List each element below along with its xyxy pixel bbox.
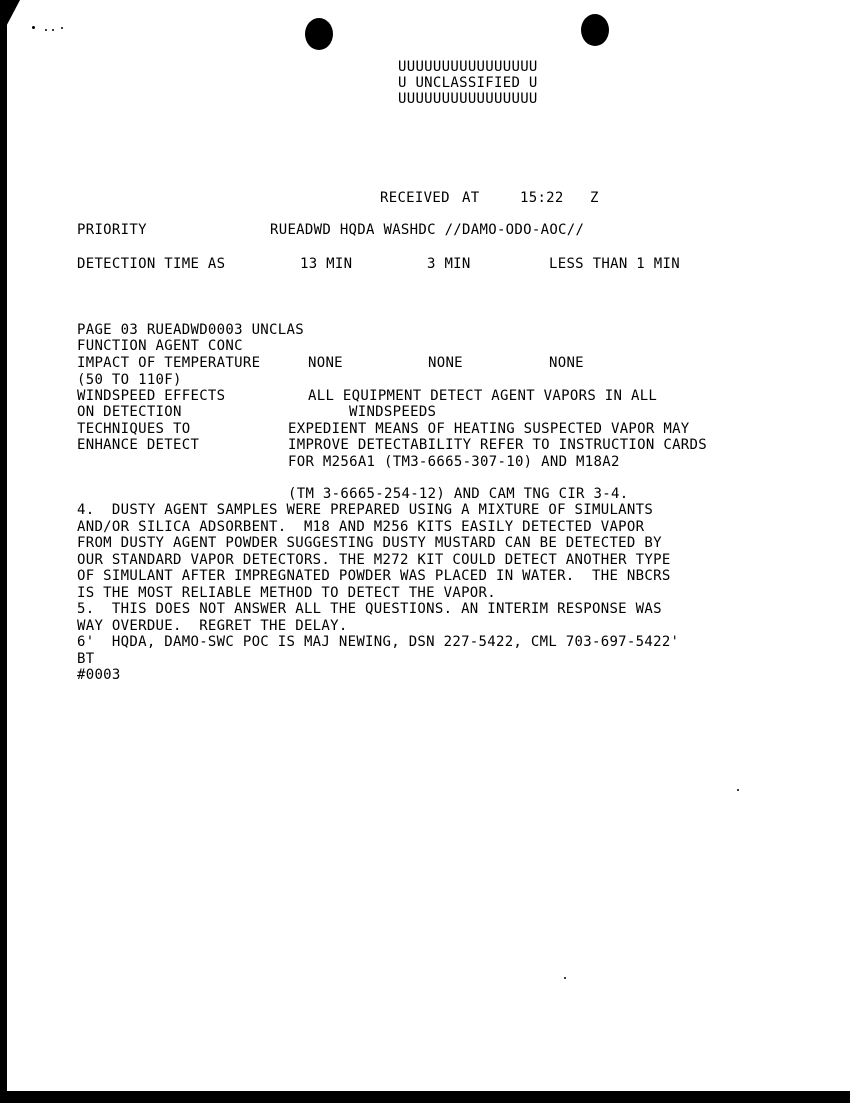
priority-routing: RUEADWD HQDA WASHDC //DAMO-ODO-AOC// — [270, 222, 584, 239]
temperature-value-2: NONE — [428, 355, 463, 372]
windspeed-text-line-2: WINDSPEEDS — [349, 404, 436, 421]
detection-time-value-2: 3 MIN — [427, 256, 471, 273]
page-header: PAGE 03 RUEADWD0003 UNCLAS — [77, 322, 304, 339]
techniques-text-line-1: EXPEDIENT MEANS OF HEATING SUSPECTED VAP… — [288, 421, 690, 438]
temperature-value-3: NONE — [549, 355, 584, 372]
detection-time-label: DETECTION TIME AS — [77, 256, 225, 273]
temperature-value-1: NONE — [308, 355, 343, 372]
classification-border-top: UUUUUUUUUUUUUUUU — [398, 59, 538, 76]
body-line: 5. THIS DOES NOT ANSWER ALL THE QUESTION… — [77, 601, 679, 618]
priority-label: PRIORITY — [77, 222, 147, 239]
body-line: WAY OVERDUE. REGRET THE DELAY. — [77, 618, 679, 635]
detection-time-value-1: 13 MIN — [300, 256, 352, 273]
scan-corner-top-left — [0, 0, 20, 38]
scan-speck — [564, 977, 566, 979]
message-number: #0003 — [77, 667, 679, 684]
scan-speck — [61, 27, 63, 29]
body-line: FROM DUSTY AGENT POWDER SUGGESTING DUSTY… — [77, 535, 679, 552]
punch-hole-left — [305, 18, 333, 50]
scan-speck — [737, 789, 739, 791]
detection-time-value-3: LESS THAN 1 MIN — [549, 256, 680, 273]
body-line: AND/OR SILICA ADSORBENT. M18 AND M256 KI… — [77, 519, 679, 536]
classification-label: U UNCLASSIFIED U — [398, 75, 538, 92]
received-zone: Z — [590, 190, 599, 207]
techniques-text-line-4: (TM 3-6665-254-12) AND CAM TNG CIR 3-4. — [288, 486, 628, 503]
windspeed-text-line-1: ALL EQUIPMENT DETECT AGENT VAPORS IN ALL — [308, 388, 657, 405]
body-line: 6' HQDA, DAMO-SWC POC IS MAJ NEWING, DSN… — [77, 634, 679, 651]
scan-edge-left — [0, 0, 7, 1103]
received-time: 15:22 — [520, 190, 564, 207]
techniques-label-line-2: ENHANCE DETECT — [77, 437, 199, 454]
table-header: FUNCTION AGENT CONC — [77, 338, 243, 355]
temperature-range: (50 TO 110F) — [77, 372, 182, 389]
scan-speck — [32, 26, 35, 29]
scan-speck — [45, 29, 47, 31]
techniques-text-line-3: FOR M256A1 (TM3-6665-307-10) AND M18A2 — [288, 454, 620, 471]
received-label: RECEIVED — [380, 190, 450, 207]
message-body: 4. DUSTY AGENT SAMPLES WERE PREPARED USI… — [77, 502, 679, 684]
break-marker: BT — [77, 651, 679, 668]
techniques-label: TECHNIQUES TO — [77, 421, 190, 438]
scan-edge-bottom — [0, 1091, 850, 1103]
windspeed-label-line-2: ON DETECTION — [77, 404, 182, 421]
windspeed-label: WINDSPEED EFFECTS — [77, 388, 225, 405]
classification-border-bottom: UUUUUUUUUUUUUUUU — [398, 91, 538, 108]
punch-hole-right — [581, 14, 609, 46]
body-line: IS THE MOST RELIABLE METHOD TO DETECT TH… — [77, 585, 679, 602]
techniques-text-line-2: IMPROVE DETECTABILITY REFER TO INSTRUCTI… — [288, 437, 707, 454]
scan-speck — [52, 29, 54, 31]
body-line: 4. DUSTY AGENT SAMPLES WERE PREPARED USI… — [77, 502, 679, 519]
body-line: OUR STANDARD VAPOR DETECTORS. THE M272 K… — [77, 552, 679, 569]
body-line: OF SIMULANT AFTER IMPREGNATED POWDER WAS… — [77, 568, 679, 585]
temperature-label: IMPACT OF TEMPERATURE — [77, 355, 260, 372]
received-at: AT — [462, 190, 479, 207]
